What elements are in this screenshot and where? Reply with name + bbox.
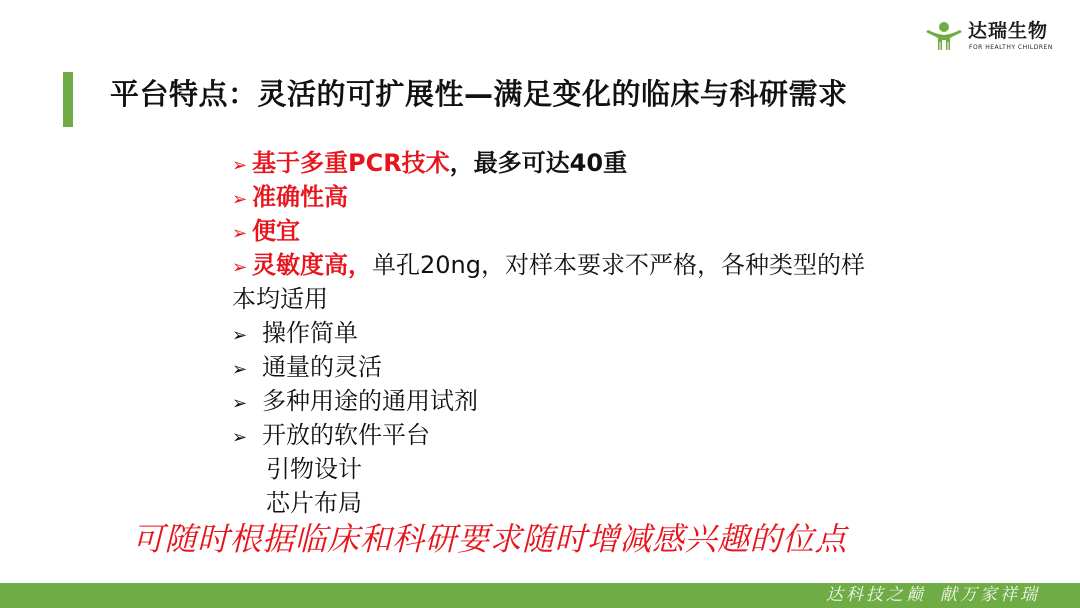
bullet-text: ，最多可达40重: [450, 149, 627, 177]
bullet-text: 本均适用: [232, 285, 328, 313]
bullet-sensitivity-continuation: 本均适用: [232, 282, 952, 316]
title-accent-bar: [63, 72, 73, 127]
bullet-text: 操作简单: [262, 319, 358, 347]
bullet-highlight: 灵敏度高，: [252, 251, 372, 279]
arrow-bullet-icon: ➢: [232, 183, 252, 217]
company-tagline: FOR HEALTHY CHILDREN: [969, 44, 1053, 52]
bullet-open-software: ➢开放的软件平台: [232, 418, 952, 452]
bullet-highlight: 便宜: [252, 217, 300, 245]
bullet-list: ➢基于多重PCR技术，最多可达40重 ➢准确性高 ➢便宜 ➢灵敏度高，单孔20n…: [232, 146, 952, 520]
company-name: 达瑞生物: [968, 20, 1048, 42]
bullet-universal-reagent: ➢多种用途的通用试剂: [232, 384, 952, 418]
sub-item-primer-design: 引物设计: [232, 452, 952, 486]
bullet-sensitivity: ➢灵敏度高，单孔20ng，对样本要求不严格，各种类型的样: [232, 248, 952, 282]
company-logo: 达瑞生物 FOR HEALTHY CHILDREN: [924, 18, 1074, 58]
bullet-multiplex-pcr: ➢基于多重PCR技术，最多可达40重: [232, 146, 952, 180]
bullet-text: 通量的灵活: [262, 353, 382, 381]
bullet-highlight: 准确性高: [252, 183, 348, 211]
bullet-text: 开放的软件平台: [262, 421, 430, 449]
bullet-cheap: ➢便宜: [232, 214, 952, 248]
person-arms-raised-icon: [924, 20, 964, 52]
arrow-bullet-icon: ➢: [232, 387, 262, 421]
bullet-text: 多种用途的通用试剂: [262, 387, 478, 415]
slogan-part-1: 达科技之巅: [826, 585, 926, 605]
arrow-bullet-icon: ➢: [232, 353, 262, 387]
bullet-highlight: 基于多重PCR技术: [252, 149, 450, 177]
footer-slogan: 达科技之巅献万家祥瑞: [826, 585, 1040, 606]
arrow-bullet-icon: ➢: [232, 421, 262, 455]
slogan-part-2: 献万家祥瑞: [940, 585, 1040, 605]
arrow-bullet-icon: ➢: [232, 319, 262, 353]
bullet-easy-operation: ➢操作简单: [232, 316, 952, 350]
slide-title: 平台特点：灵活的可扩展性—满足变化的临床与科研需求: [110, 74, 848, 114]
highlight-statement: 可随时根据临床和科研要求随时增减感兴趣的位点: [132, 518, 847, 560]
bullet-accuracy: ➢准确性高: [232, 180, 952, 214]
arrow-bullet-icon: ➢: [232, 251, 252, 285]
sub-item-chip-layout: 芯片布局: [232, 486, 952, 520]
bullet-text: 单孔20ng，对样本要求不严格，各种类型的样: [372, 251, 865, 279]
arrow-bullet-icon: ➢: [232, 149, 252, 183]
bullet-flexible-throughput: ➢通量的灵活: [232, 350, 952, 384]
arrow-bullet-icon: ➢: [232, 217, 252, 251]
footer-bar: 达科技之巅献万家祥瑞: [0, 583, 1080, 608]
